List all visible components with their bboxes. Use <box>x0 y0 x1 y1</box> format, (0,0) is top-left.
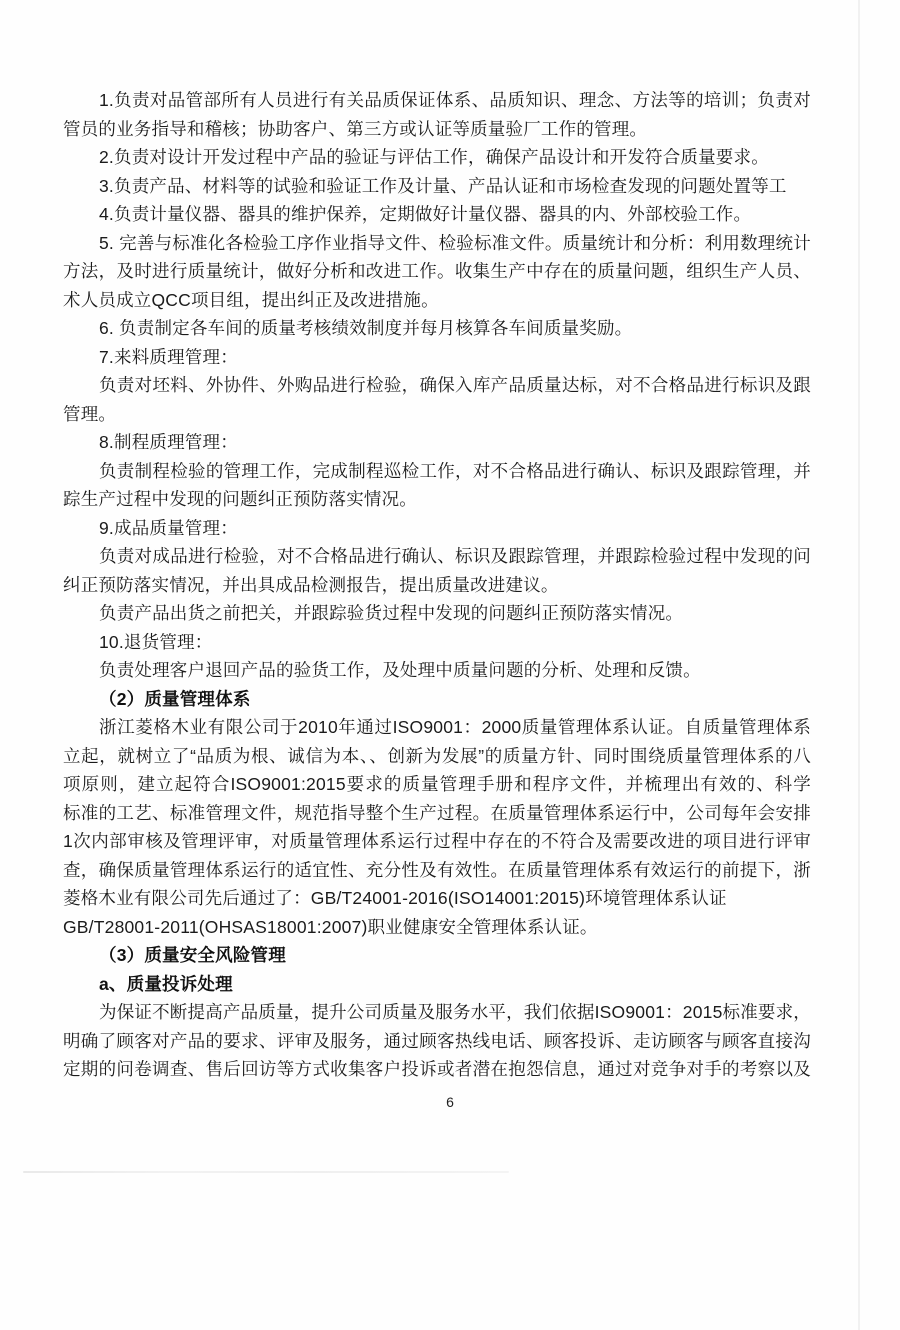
scan-edge-line <box>858 0 860 1330</box>
text-line: 4.负责计量仪器、器具的维护保养，定期做好计量仪器、器具的内、外部校验工作。 <box>63 200 811 229</box>
text-line: 1次内部审核及管理评审，对质量管理体系运行过程中存在的不符合及需要改进的项目进行… <box>63 827 811 856</box>
text-line: 术人员成立QCC项目组，提出纠正及改进措施。 <box>63 286 811 315</box>
scan-artifact-line <box>23 1171 509 1173</box>
text-line: 菱格木业有限公司先后通过了：GB/T24001-2016(ISO14001:20… <box>63 884 811 913</box>
text-line: 负责产品出货之前把关，并跟踪验货过程中发现的问题纠正预防落实情况。 <box>63 599 811 628</box>
text-line: 负责对坯料、外协件、外购品进行检验，确保入库产品质量达标，对不合格品进行标识及跟… <box>63 371 811 400</box>
subsection-heading: a、质量投诉处理 <box>63 970 811 999</box>
text-line: 负责对成品进行检验，对不合格品进行确认、标识及跟踪管理，并跟踪检验过程中发现的问… <box>63 542 811 571</box>
section-heading: （3）质量安全风险管理 <box>63 941 811 970</box>
text-line: 方法，及时进行质量统计，做好分析和改进工作。收集生产中存在的质量问题，组织生产人… <box>63 257 811 286</box>
text-line: 9.成品质量管理： <box>63 514 811 543</box>
text-line: 查，确保质量管理体系运行的适宜性、充分性及有效性。在质量管理体系有效运行的前提下… <box>63 856 811 885</box>
section-heading: （2）质量管理体系 <box>63 685 811 714</box>
text-line: 10.退货管理： <box>63 628 811 657</box>
text-line: 3.负责产品、材料等的试验和验证工作及计量、产品认证和市场检查发现的问题处置等工… <box>63 172 811 201</box>
text-line: 5. 完善与标准化各检验工序作业指导文件、检验标准文件。质量统计和分析：利用数理… <box>63 229 811 258</box>
text-line: 定期的问卷调查、售后回访等方式收集客户投诉或者潜在抱怨信息，通过对竞争对手的考察… <box>63 1055 811 1084</box>
text-line: 6. 负责制定各车间的质量考核绩效制度并每月核算各车间质量奖励。 <box>63 314 811 343</box>
text-line: 踪生产过程中发现的问题纠正预防落实情况。 <box>63 485 811 514</box>
text-line: 1.负责对品管部所有人员进行有关品质保证体系、品质知识、理念、方法等的培训；负责… <box>63 86 811 115</box>
text-line: 明确了顾客对产品的要求、评审及服务，通过顾客热线电话、顾客投诉、走访顾客与顾客直… <box>63 1027 811 1056</box>
text-line: 管理。 <box>63 400 811 429</box>
text-line: 负责处理客户退回产品的验货工作，及处理中质量问题的分析、处理和反馈。 <box>63 656 811 685</box>
text-line: 管员的业务指导和稽核；协助客户、第三方或认证等质量验厂工作的管理。 <box>63 115 811 144</box>
page-number: 6 <box>0 1093 900 1111</box>
text-line: 浙江菱格木业有限公司于2010年通过ISO9001：2000质量管理体系认证。自… <box>63 713 811 742</box>
text-line: 负责制程检验的管理工作，完成制程巡检工作，对不合格品进行确认、标识及跟踪管理，并… <box>63 457 811 486</box>
text-line: 项原则，建立起符合ISO9001:2015要求的质量管理手册和程序文件，并梳理出… <box>63 770 811 799</box>
text-line: 为保证不断提高产品质量，提升公司质量及服务水平，我们依据ISO9001：2015… <box>63 998 811 1027</box>
text-line: 8.制程质理管理： <box>63 428 811 457</box>
text-line: 7.来料质理管理： <box>63 343 811 372</box>
text-line: 2.负责对设计开发过程中产品的验证与评估工作，确保产品设计和开发符合质量要求。 <box>63 143 811 172</box>
text-line: 标准的工艺、标准管理文件，规范指导整个生产过程。在质量管理体系运行中，公司每年会… <box>63 799 811 828</box>
document-body: 1.负责对品管部所有人员进行有关品质保证体系、品质知识、理念、方法等的培训；负责… <box>63 86 811 1084</box>
document-page: 1.负责对品管部所有人员进行有关品质保证体系、品质知识、理念、方法等的培训；负责… <box>0 0 900 1330</box>
text-line: GB/T28001-2011(OHSAS18001:2007)职业健康安全管理体… <box>63 913 811 942</box>
text-line: 纠正预防落实情况，并出具成品检测报告，提出质量改进建议。 <box>63 571 811 600</box>
text-line: 立起，就树立了“品质为根、诚信为本、、创新为发展”的质量方针、同时围绕质量管理体… <box>63 742 811 771</box>
